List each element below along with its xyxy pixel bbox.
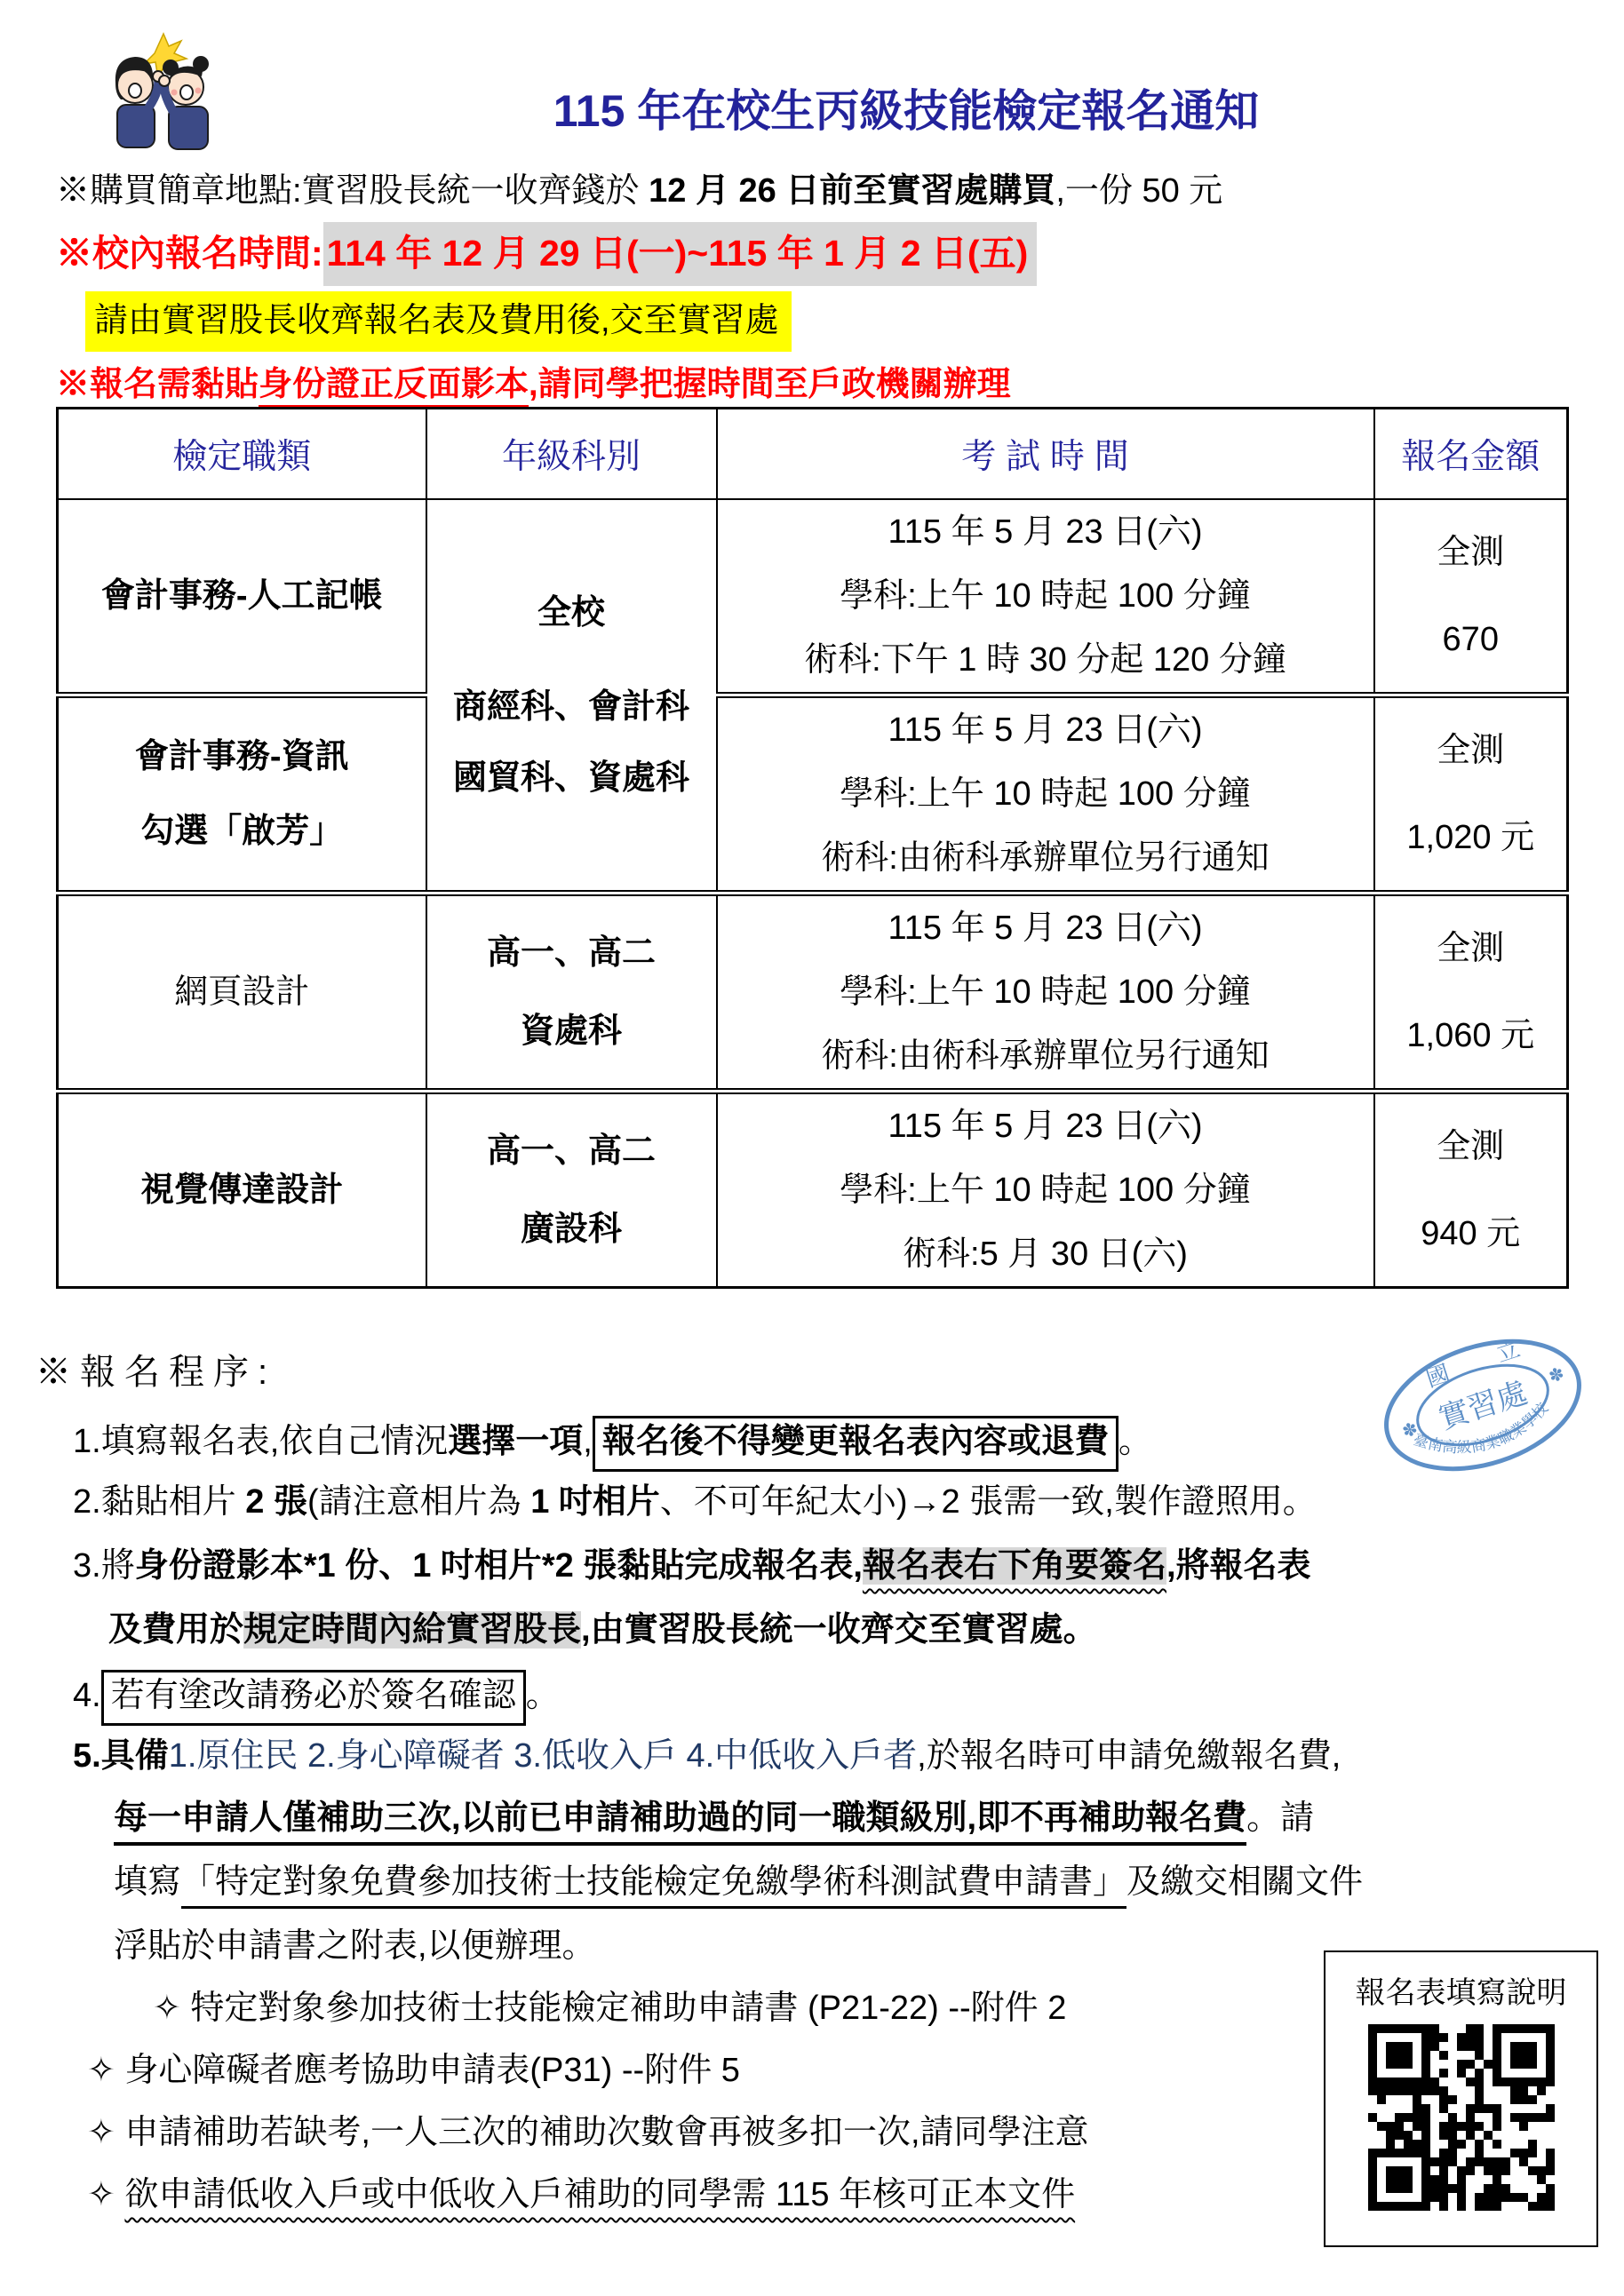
- procedure-item-4: 4.若有塗改請務必於簽名確認。: [73, 1670, 560, 1726]
- qr-info-box: 報名表填寫說明: [1324, 1950, 1598, 2247]
- job-cell: 網頁設計: [58, 894, 426, 1092]
- procedure-item-5-line3: 填寫「特定對象免費參加技術士技能檢定免繳學術科測試費申請書」及繳交相關文件: [114, 1862, 1363, 1904]
- notice1-suffix: ,一份 50 元: [1055, 172, 1222, 210]
- notice-purchase-location: ※購買簡章地點:實習股長統一收齊錢於 12 月 26 日前至實習處購買,一份 5…: [56, 171, 1222, 213]
- certification-table: 檢定職類 年級科別 考 試 時 間 報名金額 會計事務-人工記帳 全校 商經科、…: [56, 407, 1569, 1289]
- table-row-web-design: 網頁設計 高一、高二 資處科 115 年 5 月 23 日(六) 學科:上午 1…: [58, 894, 1568, 1092]
- application-form-name-underlined: 「特定對象免費參加技術士技能檢定免繳學術科測試費申請書」: [181, 1863, 1126, 1909]
- procedure-item-3-line1: 3.將身份證影本*1 份、1 吋相片*2 張黏貼完成報名表,報名表右下角要簽名,…: [73, 1545, 1311, 1588]
- fee-cell: 全測 940 元: [1374, 1092, 1568, 1288]
- no-change-warning-box: 報名後不得變更報名表內容或退費: [593, 1416, 1118, 1472]
- office-stamp: 國 立 實習處 ✽ ✽ 臺南高級商業職業學校: [1372, 1334, 1594, 1476]
- header-job-category: 檢定職類: [58, 409, 426, 500]
- procedure-item-5-line1: 5.具備1.原住民 2.身心障礙者 3.低收入戶 4.中低收入戶者,於報名時可申…: [73, 1736, 1341, 1778]
- table-row-accounting-info: 會計事務-資訊 勾選「啟芳」 115 年 5 月 23 日(六) 學科:上午 1…: [58, 695, 1568, 894]
- procedure-item-5-line2: 每一申請人僅補助三次,以前已申請補助過的同一職類級別,即不再補助報名費。請: [114, 1798, 1314, 1840]
- fee-cell: 全測 670: [1374, 499, 1568, 695]
- notice3-text: 請由實習股長收齊報名表及費用後,交至實習處: [85, 291, 792, 352]
- cartoon-highfive-illustration: [108, 32, 215, 151]
- notice-id-copy: ※報名需黏貼身份證正反面影本,請同學把握時間至戶政機關辦理: [56, 364, 1011, 407]
- bullet-disability-assist: ✧ 身心障礙者應考協助申請表(P31) --附件 5: [87, 2050, 740, 2093]
- diamond-icon: ✧: [87, 2176, 115, 2213]
- notice-registration-period: ※校內報名時間:114 年 12 月 29 日(一)~115 年 1 月 2 日…: [56, 231, 1037, 276]
- correction-signature-box: 若有塗改請務必於簽名確認: [101, 1670, 526, 1726]
- subsidy-limit-underlined: 每一申請人僅補助三次,以前已申請補助過的同一職類級別,即不再補助報名費: [114, 1799, 1246, 1846]
- page-title: 115 年在校生丙級技能檢定報名通知: [213, 83, 1599, 139]
- fee-cell: 全測 1,060 元: [1374, 894, 1568, 1092]
- notice2-label: ※校內報名時間:: [56, 233, 323, 274]
- table-row-visual-design: 視覺傳達設計 高一、高二 廣設科 115 年 5 月 23 日(六) 學科:上午…: [58, 1092, 1568, 1288]
- sign-bottom-right-highlight: 報名表右下角要簽名: [863, 1547, 1166, 1585]
- notice4-underlined: 身份證正反面影本: [259, 366, 529, 403]
- grade-cell: 高一、高二 廣設科: [426, 1092, 717, 1288]
- eligible-groups-text: 1.原住民 2.身心障礙者 3.低收入戶 4.中低收入戶者: [169, 1737, 917, 1775]
- header-exam-time: 考 試 時 間: [717, 409, 1374, 500]
- header-grade-dept: 年級科別: [426, 409, 717, 500]
- diamond-icon: ✧: [87, 2052, 115, 2089]
- notice-document-page: 115 年在校生丙級技能檢定報名通知 ※購買簡章地點:實習股長統一收齊錢於 12…: [0, 0, 1624, 2296]
- notice4-suffix: ,請同學把握時間至戶政機關辦理: [529, 366, 1011, 403]
- notice4-prefix: ※報名需黏貼: [56, 366, 259, 403]
- qr-box-label: 報名表填寫說明: [1325, 1952, 1596, 2024]
- fee-cell: 全測 1,020 元: [1374, 695, 1568, 894]
- procedure-item-3-line2: 及費用於規定時間內給實習股長,由實習股長統一收齊交至實習處。: [108, 1609, 1097, 1652]
- grade-cell: 高一、高二 資處科: [426, 894, 717, 1092]
- notice1-deadline: 12 月 26 日前至實習處購買: [649, 172, 1055, 210]
- diamond-icon: ✧: [87, 2114, 115, 2151]
- svg-text:國: 國: [1422, 1360, 1453, 1393]
- procedure-item-2: 2.黏貼相片 2 張(請注意相片為 1 吋相片、不可年紀太小)→2 張需一致,製…: [73, 1482, 1317, 1524]
- procedures-heading: ※報名程序:: [36, 1350, 276, 1394]
- job-cell: 會計事務-資訊 勾選「啟芳」: [58, 695, 426, 894]
- svg-text:✽: ✽: [1547, 1364, 1567, 1387]
- bullet-absence-penalty: ✧ 申請補助若缺考,一人三次的補助次數會再被多扣一次,請同學注意: [87, 2112, 1089, 2155]
- grade-cell-merged: 全校 商經科、會計科 國貿科、資處科: [426, 499, 717, 894]
- time-cell: 115 年 5 月 23 日(六) 學科:上午 10 時起 100 分鐘 術科:…: [717, 499, 1374, 695]
- procedure-item-1: 1.填寫報名表,依自己情況選擇一項,報名後不得變更報名表內容或退費。: [73, 1416, 1152, 1472]
- time-cell: 115 年 5 月 23 日(六) 學科:上午 10 時起 100 分鐘 術科:…: [717, 1092, 1374, 1288]
- table-row-accounting-manual: 會計事務-人工記帳 全校 商經科、會計科 國貿科、資處科 115 年 5 月 2…: [58, 499, 1568, 695]
- bullet-low-income-docs: ✧ 欲申請低收入戶或中低收入戶補助的同學需 115 年核可正本文件: [87, 2174, 1075, 2217]
- bullet-subsidy-application: ✧ 特定對象參加技術士技能檢定補助申請書 (P21-22) --附件 2: [153, 1988, 1066, 2030]
- time-cell: 115 年 5 月 23 日(六) 學科:上午 10 時起 100 分鐘 術科:…: [717, 695, 1374, 894]
- notice1-prefix: ※購買簡章地點:實習股長統一收齊錢於: [56, 172, 649, 210]
- low-income-docs-wavy: 欲申請低收入戶或中低收入戶補助的同學需 115 年核可正本文件: [124, 2176, 1075, 2213]
- job-cell: 會計事務-人工記帳: [58, 499, 426, 695]
- notice-collect-forms: 請由實習股長收齊報名表及費用後,交至實習處: [85, 300, 792, 343]
- time-cell: 115 年 5 月 23 日(六) 學科:上午 10 時起 100 分鐘 術科:…: [717, 894, 1374, 1092]
- procedure-item-5-line4: 浮貼於申請書之附表,以便辦理。: [114, 1926, 596, 1968]
- deadline-highlight: 規定時間內給實習股長: [243, 1611, 581, 1649]
- diamond-icon: ✧: [153, 1990, 181, 2027]
- notice2-date-range: 114 年 12 月 29 日(一)~115 年 1 月 2 日(五): [323, 222, 1038, 286]
- table-header-row: 檢定職類 年級科別 考 試 時 間 報名金額: [58, 409, 1568, 500]
- qr-code: [1368, 2024, 1555, 2211]
- header-fee: 報名金額: [1374, 409, 1568, 500]
- job-cell: 視覺傳達設計: [58, 1092, 426, 1288]
